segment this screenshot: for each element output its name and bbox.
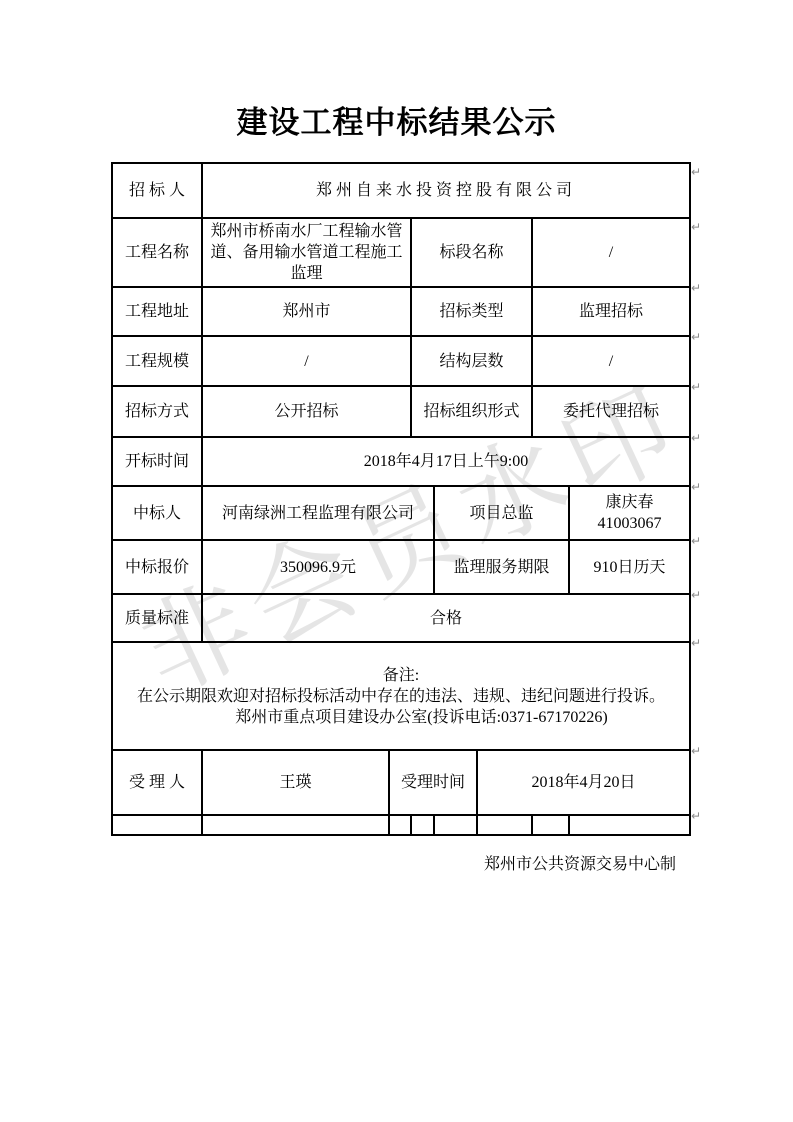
row-acceptor: 受 理 人 王瑛 受理时间 2018年4月20日 [112,750,690,815]
bid-result-table: 招 标 人 郑州自来水投资控股有限公司 工程名称 郑州市桥南水厂工程输水管道、备… [111,162,691,836]
cell-opening-time-label: 开标时间 [112,437,202,486]
cell-project-name-value: 郑州市桥南水厂工程输水管道、备用输水管道工程施工监理 [202,218,411,287]
cell-supervisor-value: 康庆春 41003067 [569,486,690,540]
paragraph-mark-icon: ↵ [691,810,701,822]
remarks-line2: 郑州市重点项目建设办公室(投诉电话:0371-67170226) [115,707,687,728]
paragraph-mark-icon: ↵ [691,221,701,233]
page-title: 建设工程中标结果公示 [0,97,793,142]
grid-cell [202,815,389,835]
row-bidder: 招 标 人 郑州自来水投资控股有限公司 [112,163,690,218]
cell-winner-label: 中标人 [112,486,202,540]
row-grid-remnant [112,815,690,835]
row-price: 中标报价 350096.9元 监理服务期限 910日历天 [112,540,690,594]
remarks-label: 备注: [115,665,687,686]
cell-org-form-label: 招标组织形式 [411,386,532,437]
cell-method-label: 招标方式 [112,386,202,437]
cell-address-label: 工程地址 [112,287,202,336]
cell-acceptor-value: 王瑛 [202,750,389,815]
cell-bidder-label: 招 标 人 [112,163,202,218]
cell-tender-type-value: 监理招标 [532,287,690,336]
cell-accept-time-label: 受理时间 [389,750,477,815]
grid-cell [389,815,411,835]
cell-tender-type-label: 招标类型 [411,287,532,336]
supervisor-name: 康庆春 [572,492,687,513]
cell-floors-label: 结构层数 [411,336,532,386]
document-page: 非会员水印 建设工程中标结果公示 招 标 人 郑州自来水投资控股有限公司 工程名… [0,0,793,1122]
grid-cell [434,815,477,835]
cell-supervisor-label: 项目总监 [434,486,569,540]
cell-floors-value: / [532,336,690,386]
row-opening-time: 开标时间 2018年4月17日上午9:00 [112,437,690,486]
paragraph-mark-icon: ↵ [691,282,701,294]
cell-price-value: 350096.9元 [202,540,434,594]
cell-method-value: 公开招标 [202,386,411,437]
cell-project-name-label: 工程名称 [112,218,202,287]
cell-opening-time-value: 2018年4月17日上午9:00 [202,437,690,486]
row-scale: 工程规模 / 结构层数 / [112,336,690,386]
paragraph-mark-icon: ↵ [691,432,701,444]
cell-quality-label: 质量标准 [112,594,202,642]
paragraph-mark-icon: ↵ [691,381,701,393]
row-quality: 质量标准 合格 [112,594,690,642]
row-winner: 中标人 河南绿洲工程监理有限公司 项目总监 康庆春 41003067 [112,486,690,540]
row-project-name: 工程名称 郑州市桥南水厂工程输水管道、备用输水管道工程施工监理 标段名称 / [112,218,690,287]
cell-quality-value: 合格 [202,594,690,642]
cell-service-period-label: 监理服务期限 [434,540,569,594]
grid-cell [569,815,690,835]
cell-price-label: 中标报价 [112,540,202,594]
grid-cell [411,815,434,835]
cell-service-period-value: 910日历天 [569,540,690,594]
paragraph-mark-icon: ↵ [691,745,701,757]
cell-remarks: 备注: 在公示期限欢迎对招标投标活动中存在的违法、违规、违纪问题进行投诉。 郑州… [112,642,690,750]
cell-address-value: 郑州市 [202,287,411,336]
paragraph-mark-icon: ↵ [691,637,701,649]
grid-cell [477,815,532,835]
paragraph-mark-icon: ↵ [691,589,701,601]
cell-section-label: 标段名称 [411,218,532,287]
row-remarks: 备注: 在公示期限欢迎对招标投标活动中存在的违法、违规、违纪问题进行投诉。 郑州… [112,642,690,750]
cell-acceptor-label: 受 理 人 [112,750,202,815]
paragraph-mark-icon: ↵ [691,166,701,178]
row-address: 工程地址 郑州市 招标类型 监理招标 [112,287,690,336]
cell-section-value: / [532,218,690,287]
cell-accept-time-value: 2018年4月20日 [477,750,690,815]
cell-scale-value: / [202,336,411,386]
paragraph-mark-icon: ↵ [691,535,701,547]
cell-bidder-value: 郑州自来水投资控股有限公司 [202,163,690,218]
footer-credit: 郑州市公共资源交易中心制 [484,851,676,874]
remarks-line1: 在公示期限欢迎对招标投标活动中存在的违法、违规、违纪问题进行投诉。 [115,686,687,707]
grid-cell [112,815,202,835]
grid-cell [532,815,569,835]
cell-org-form-value: 委托代理招标 [532,386,690,437]
cell-scale-label: 工程规模 [112,336,202,386]
row-method: 招标方式 公开招标 招标组织形式 委托代理招标 [112,386,690,437]
paragraph-mark-icon: ↵ [691,331,701,343]
paragraph-mark-icon: ↵ [691,481,701,493]
supervisor-cert-no: 41003067 [572,513,687,534]
cell-winner-value: 河南绿洲工程监理有限公司 [202,486,434,540]
